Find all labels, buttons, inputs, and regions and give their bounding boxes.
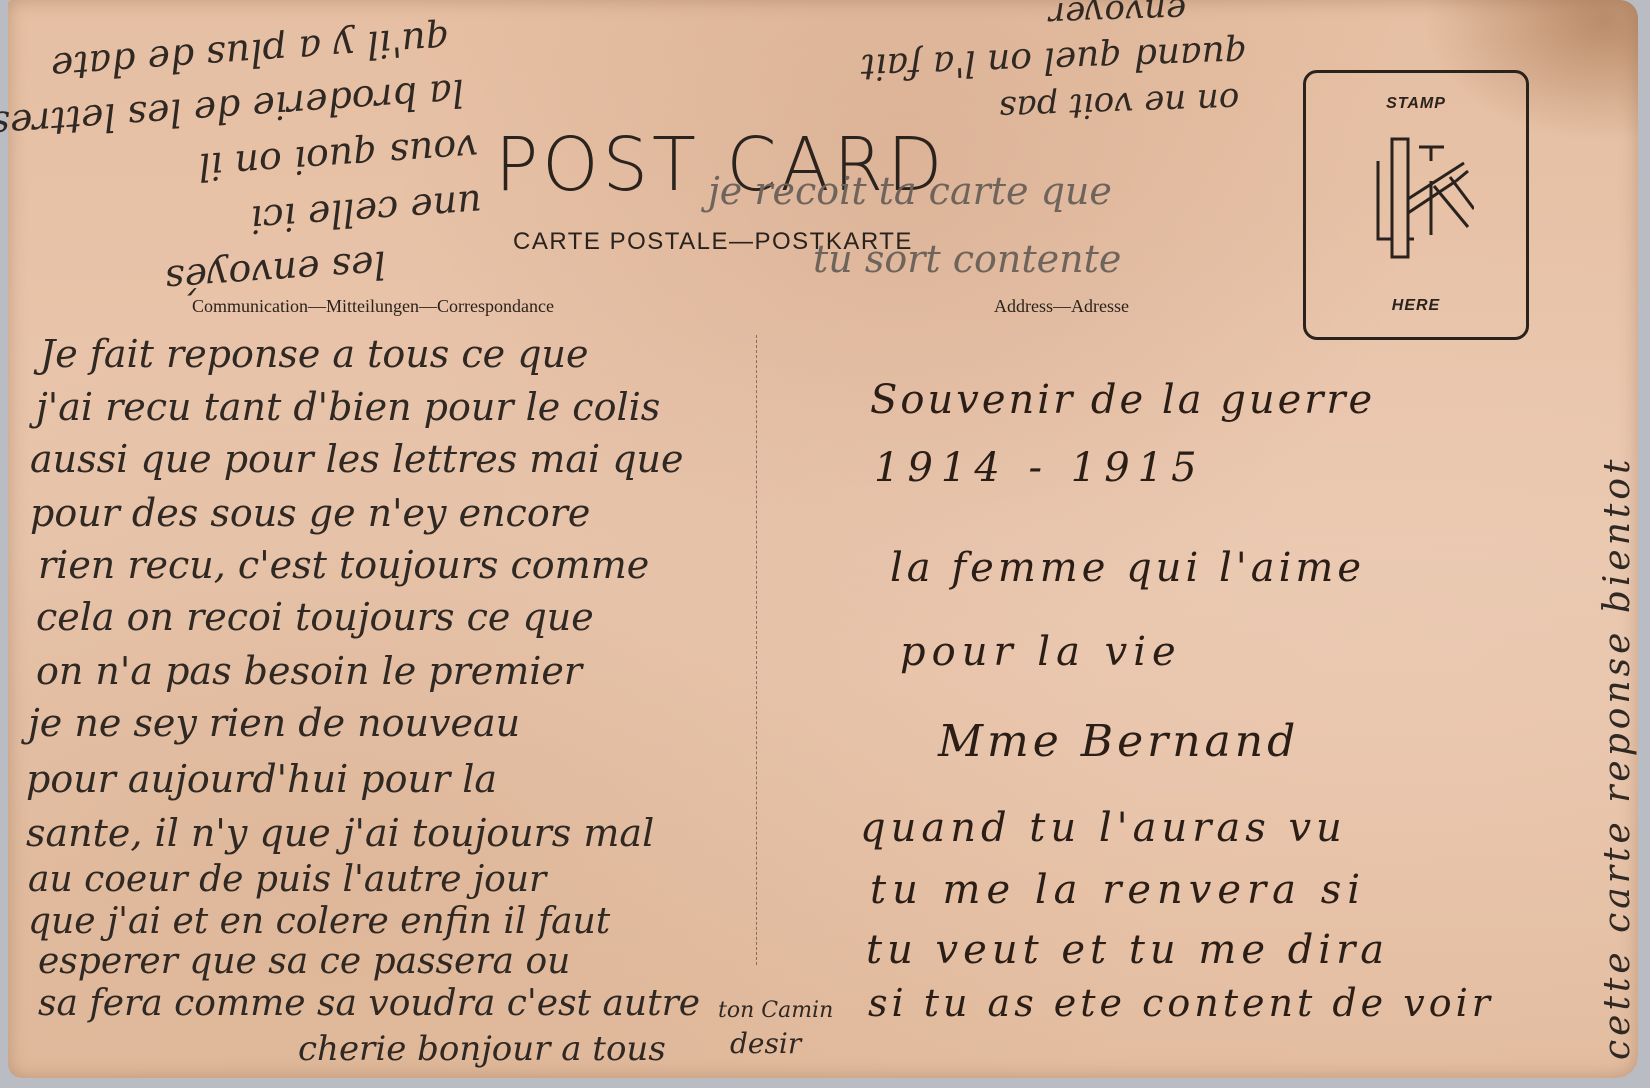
stamp-box: STAMP HERE xyxy=(1303,70,1529,340)
handwritten-line: envoyer xyxy=(1048,0,1186,31)
handwritten-line: sante, il n'y que j'ai toujours mal xyxy=(26,814,654,852)
handwritten-line: on n'a pas besoin le premier xyxy=(36,652,582,690)
postcard: POST CARD CARTE POSTALE—POSTKARTE Commun… xyxy=(8,0,1638,1078)
lk-monogram-icon xyxy=(1364,131,1474,261)
signoff-line: ton Camin xyxy=(718,1000,833,1022)
handwritten-line: cherie bonjour a tous xyxy=(298,1032,666,1066)
upside-down-note-left: qu'il y a plus de date la broderie de le… xyxy=(28,0,487,317)
handwritten-line: sa fera comme sa voudra c'est autre xyxy=(38,986,700,1022)
handwritten-line: pour la vie xyxy=(900,632,1182,672)
handwritten-line: tu me la renvera si xyxy=(870,870,1366,910)
handwritten-line: je ne sey rien de nouveau xyxy=(28,704,520,742)
handwritten-line: cela on recoi toujours ce que xyxy=(36,598,594,636)
handwritten-line: au coeur de puis l'autre jour xyxy=(28,862,546,898)
handwritten-line: que j'ai et en colere enfin il faut xyxy=(28,904,610,940)
handwritten-line: tu veut et tu me dira xyxy=(866,930,1389,970)
handwritten-line: 1914 - 1915 xyxy=(874,448,1205,488)
upside-down-note-center: envoyer quand quel on l'a fait on ne voi… xyxy=(706,0,1250,139)
stamp-top-label: STAMP xyxy=(1306,95,1526,113)
address-label: Address—Adresse xyxy=(994,296,1129,317)
handwritten-line: aussi que pour les lettres mai que xyxy=(30,440,684,478)
handwritten-line: je recoit ta carte que xyxy=(708,172,1112,210)
handwritten-line: pour aujourd'hui pour la xyxy=(26,760,497,798)
handwritten-line: j'ai recu tant d'bien pour le colis xyxy=(36,388,660,426)
handwritten-line: Je fait reponse a tous ce que xyxy=(40,335,589,373)
recipient-name: Mme Bernand xyxy=(938,720,1299,764)
signature: desir xyxy=(730,1030,801,1058)
handwritten-line: quand quel on l'a fait xyxy=(860,35,1248,84)
center-divider xyxy=(756,335,757,965)
handwritten-line: rien recu, c'est toujours comme xyxy=(38,546,649,584)
handwritten-line: la femme qui l'aime xyxy=(890,548,1365,588)
handwritten-line: tu sort contente xyxy=(813,240,1121,278)
handwritten-line: une celle ici xyxy=(249,185,483,239)
margin-note-vertical: cette carte reponse bientot xyxy=(1600,456,1636,1061)
handwritten-line: les envoyés xyxy=(164,245,387,298)
handwritten-line: on ne voit pas xyxy=(998,83,1240,125)
handwritten-line: pour des sous ge n'ey encore xyxy=(30,494,590,532)
stamp-bottom-label: HERE xyxy=(1306,297,1526,315)
handwritten-line: quand tu l'auras vu xyxy=(860,808,1347,848)
handwritten-line: vous quoi on il xyxy=(197,129,479,186)
handwritten-line: esperer que sa ce passera ou xyxy=(38,944,570,980)
handwritten-line: Souvenir de la guerre xyxy=(870,380,1375,420)
handwritten-line: si tu as ete content de voir xyxy=(868,984,1494,1022)
